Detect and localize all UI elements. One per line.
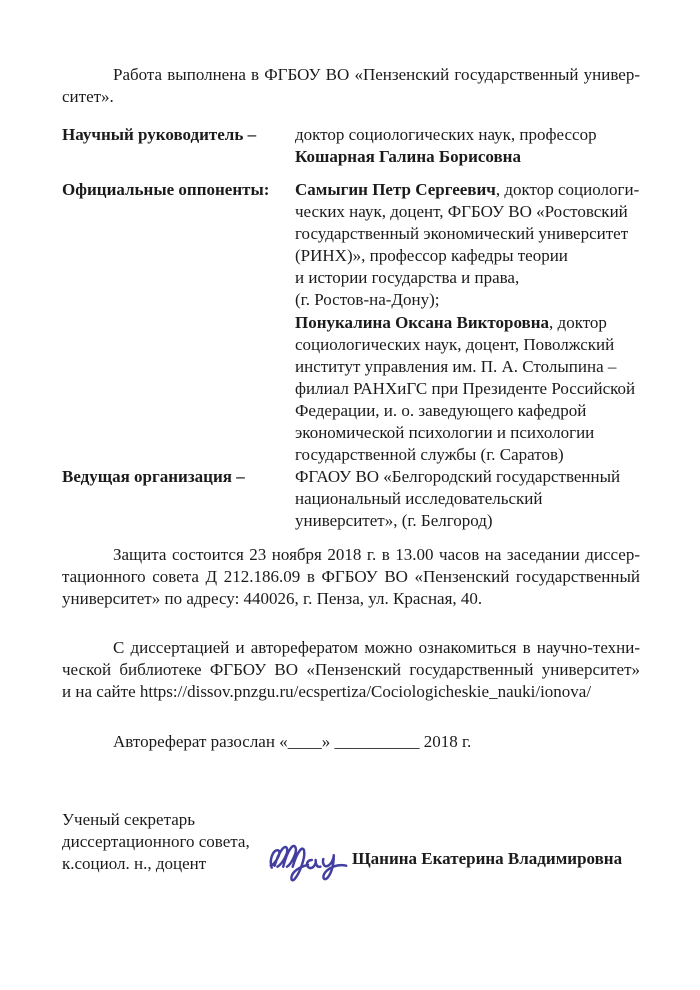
opponent-second-details: социологических наук, доцент, Поволжский…	[295, 334, 645, 466]
text-line: и на сайте https://dissov.pnzgu.ru/ecspe…	[62, 681, 640, 703]
text-line: университет» по адресу: 440026, г. Пенза…	[62, 588, 640, 610]
text-line: Ученый секретарь	[62, 809, 292, 831]
text-line: государственной службы (г. Саратов)	[295, 444, 645, 466]
text-line: С диссертацией и авторефератом можно озн…	[62, 637, 640, 659]
text-line: экономической психологии и психологии	[295, 422, 645, 444]
text-line: ситет».	[62, 86, 640, 108]
text-line: ФГАОУ ВО «Белгородский государственный	[295, 466, 645, 488]
text-line: филиал РАНХиГС при Президенте Российской	[295, 378, 645, 400]
opponent-first: Самыгин Петр Сергеевич, доктор социологи…	[295, 179, 645, 311]
text-line: диссертационного совета,	[62, 831, 292, 853]
mailed-line: Автореферат разослан «____» __________ 2…	[62, 731, 640, 753]
opponent-first-details: ческих наук, доцент, ФГБОУ ВО «Ростовски…	[295, 201, 645, 311]
text-line: (г. Ростов-на-Дону);	[295, 289, 645, 311]
leading-org-value: ФГАОУ ВО «Белгородский государственныйна…	[295, 466, 645, 532]
work-done-paragraph: Работа выполнена в ФГБОУ ВО «Пензенский …	[62, 64, 640, 108]
signature-icon	[266, 836, 350, 884]
text-line: Федерации, и. о. заведующего кафедрой	[295, 400, 645, 422]
opponent-second-after-name: , доктор	[549, 313, 607, 332]
dissertation-abstract-page: Работа выполнена в ФГБОУ ВО «Пензенский …	[0, 0, 700, 990]
secretary-name: Щанина Екатерина Владимировна	[352, 848, 622, 870]
secretary-block: Ученый секретарьдиссертационного совета,…	[62, 809, 292, 875]
opponent-second: Понукалина Оксана Викторовна, доктор соц…	[295, 312, 645, 466]
opponent-first-name: Самыгин Петр Сергеевич	[295, 180, 496, 199]
text-line: институт управления им. П. А. Столыпина …	[295, 356, 645, 378]
text-line: государственный экономический университе…	[295, 223, 645, 245]
opponent-first-headline: Самыгин Петр Сергеевич, доктор социологи…	[295, 179, 645, 201]
text-line: ческих наук, доцент, ФГБОУ ВО «Ростовски…	[295, 201, 645, 223]
supervisor-degree: доктор социологических наук, профессор	[295, 124, 645, 146]
defense-paragraph: Защита состоится 23 ноября 2018 г. в 13.…	[62, 544, 640, 610]
text-line: Работа выполнена в ФГБОУ ВО «Пензенский …	[62, 64, 640, 86]
library-paragraph: С диссертацией и авторефератом можно озн…	[62, 637, 640, 703]
supervisor-name: Кошарная Галина Борисовна	[295, 146, 645, 168]
opponents-label: Официальные оппоненты:	[62, 179, 294, 201]
text-line: социологических наук, доцент, Поволжский	[295, 334, 645, 356]
text-line: Защита состоится 23 ноября 2018 г. в 13.…	[62, 544, 640, 566]
text-line: и истории государства и права,	[295, 267, 645, 289]
text-line: (РИНХ)», профессор кафедры теории	[295, 245, 645, 267]
opponent-second-name: Понукалина Оксана Викторовна	[295, 313, 549, 332]
opponent-first-after-name: , доктор социологи-	[496, 180, 639, 199]
text-line: университет», (г. Белгород)	[295, 510, 645, 532]
text-line: национальный исследовательский	[295, 488, 645, 510]
mailed-text: Автореферат разослан «____» __________ 2…	[62, 731, 640, 753]
text-line: ческой библиотеке ФГБОУ ВО «Пензенский г…	[62, 659, 640, 681]
text-line: тационного совета Д 212.186.09 в ФГБОУ В…	[62, 566, 640, 588]
leading-org-label: Ведущая организация –	[62, 466, 294, 488]
signature-scribble	[266, 836, 350, 884]
text-line: к.социол. н., доцент	[62, 853, 292, 875]
opponent-second-headline: Понукалина Оксана Викторовна, доктор	[295, 312, 645, 334]
supervisor-value: доктор социологических наук, профессор К…	[295, 124, 645, 168]
supervisor-label: Научный руководитель –	[62, 124, 294, 146]
